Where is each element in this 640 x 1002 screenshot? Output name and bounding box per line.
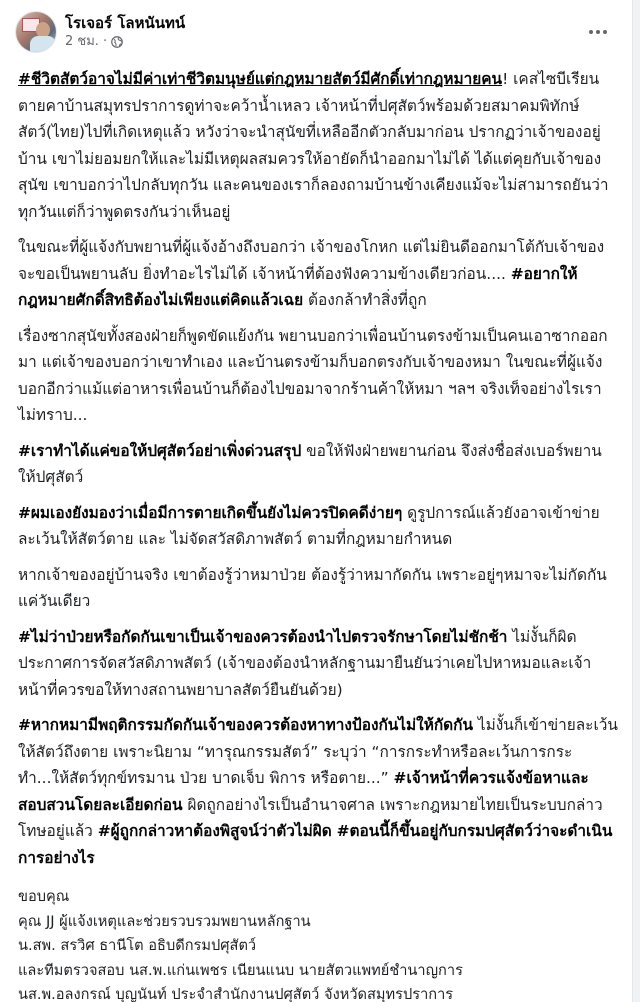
post-body: #ชีวิตสัตว์อาจไม่มีค่าเท่าชีวิตมนุษย์แต่…: [18, 66, 618, 1002]
facebook-post: โรเจอร์ โลหนันทน์ 2 ชม. · #ชีวิตสัตว์อาจ…: [0, 0, 632, 1002]
post-paragraph: เรื่องซากสุนัขทั้งสองฝ่ายก็พูดขัดแย้งกัน…: [18, 323, 618, 429]
acknowledgement-line: นส.พ.อลงกรณ์ บุญนันท์ ประจำสำนักงานปศุสั…: [18, 983, 618, 1002]
paragraph-text: ! เคสไซบีเรียนตายคาบ้านสมุทรปราการดูท่าจ…: [18, 70, 609, 221]
page-scroll-edge: [632, 0, 640, 1002]
more-options-icon[interactable]: [584, 22, 612, 42]
acknowledgement-line: น.สพ. สรวิศ ธานีโต อธิบดีกรมปศุสัตว์: [18, 934, 618, 959]
avatar[interactable]: [16, 12, 56, 52]
hashtag-link[interactable]: #ผมเองยังมองว่าเมื่อมีการตายเกิดขึ้นยังไ…: [18, 504, 402, 522]
post-paragraph: #หากหมามีพฤติกรรมกัดกันเจ้าของควรต้องหาท…: [18, 712, 618, 871]
meta-separator: ·: [103, 33, 107, 51]
more-dot: [603, 30, 607, 34]
hashtag-link[interactable]: #หากหมามีพฤติกรรมกัดกันเจ้าของควรต้องหาท…: [18, 716, 473, 734]
hashtag-link[interactable]: #ไม่ว่าป่วยหรือกัดกันเขาเป็นเจ้าของควรต้…: [18, 628, 507, 646]
more-dot: [589, 30, 593, 34]
post-paragraph: #ผมเองยังมองว่าเมื่อมีการตายเกิดขึ้นยังไ…: [18, 500, 618, 553]
author-name[interactable]: โรเจอร์ โลหนันทน์: [65, 13, 185, 33]
post-paragraph: #เราทำได้แค่ขอให้ปศุสัตว์อย่าเพิ่งด่วนสร…: [18, 438, 618, 491]
post-paragraph: ในขณะที่ผู้แจ้งกับพยานที่ผู้แจ้งอ้างถึงบ…: [18, 234, 618, 314]
acknowledgement-line: คุณ JJ ผู้แจ้งเหตุและช่วยรวบรวมพยานหลักฐ…: [18, 910, 618, 935]
more-dot: [596, 30, 600, 34]
acknowledgements: ขอบคุณคุณ JJ ผู้แจ้งเหตุและช่วยรวบรวมพยา…: [18, 885, 618, 1002]
post-subline: 2 ชม. ·: [65, 33, 185, 51]
paragraph-text: เรื่องซากสุนัขทั้งสองฝ่ายก็พูดขัดแย้งกัน…: [18, 327, 608, 425]
paragraph-text: ต้องกล้าทำสิ่งที่ถูก: [303, 291, 427, 309]
post-paragraph: #ไม่ว่าป่วยหรือกัดกันเขาเป็นเจ้าของควรต้…: [18, 624, 618, 704]
paragraph-text: หากเจ้าของอยู่บ้านจริง เขาต้องรู้ว่าหมาป…: [18, 566, 607, 611]
avatar-shirt-detail: [30, 36, 56, 52]
acknowledgement-line: ขอบคุณ: [18, 885, 618, 910]
post-meta: โรเจอร์ โลหนันทน์ 2 ชม. ·: [65, 13, 185, 51]
post-paragraph: #ชีวิตสัตว์อาจไม่มีค่าเท่าชีวิตมนุษย์แต่…: [18, 66, 618, 225]
hashtag-link[interactable]: #เราทำได้แค่ขอให้ปศุสัตว์อย่าเพิ่งด่วนสร…: [18, 442, 301, 460]
post-paragraph: หากเจ้าของอยู่บ้านจริง เขาต้องรู้ว่าหมาป…: [18, 562, 618, 615]
hashtag-link[interactable]: #ผู้ถูกกล่าวหาต้องพิสูจน์ว่าตัวไม่ผิด: [98, 822, 332, 840]
hashtag-link[interactable]: #ชีวิตสัตว์อาจไม่มีค่าเท่าชีวิตมนุษย์แต่…: [18, 70, 502, 88]
globe-icon[interactable]: [111, 36, 123, 48]
post-header: โรเจอร์ โลหนันทน์ 2 ชม. ·: [16, 10, 185, 54]
acknowledgement-line: และทีมตรวจสอบ นส.พ.แก่นเพชร เนียนแนบ นาย…: [18, 959, 618, 984]
post-timestamp[interactable]: 2 ชม.: [65, 33, 99, 51]
